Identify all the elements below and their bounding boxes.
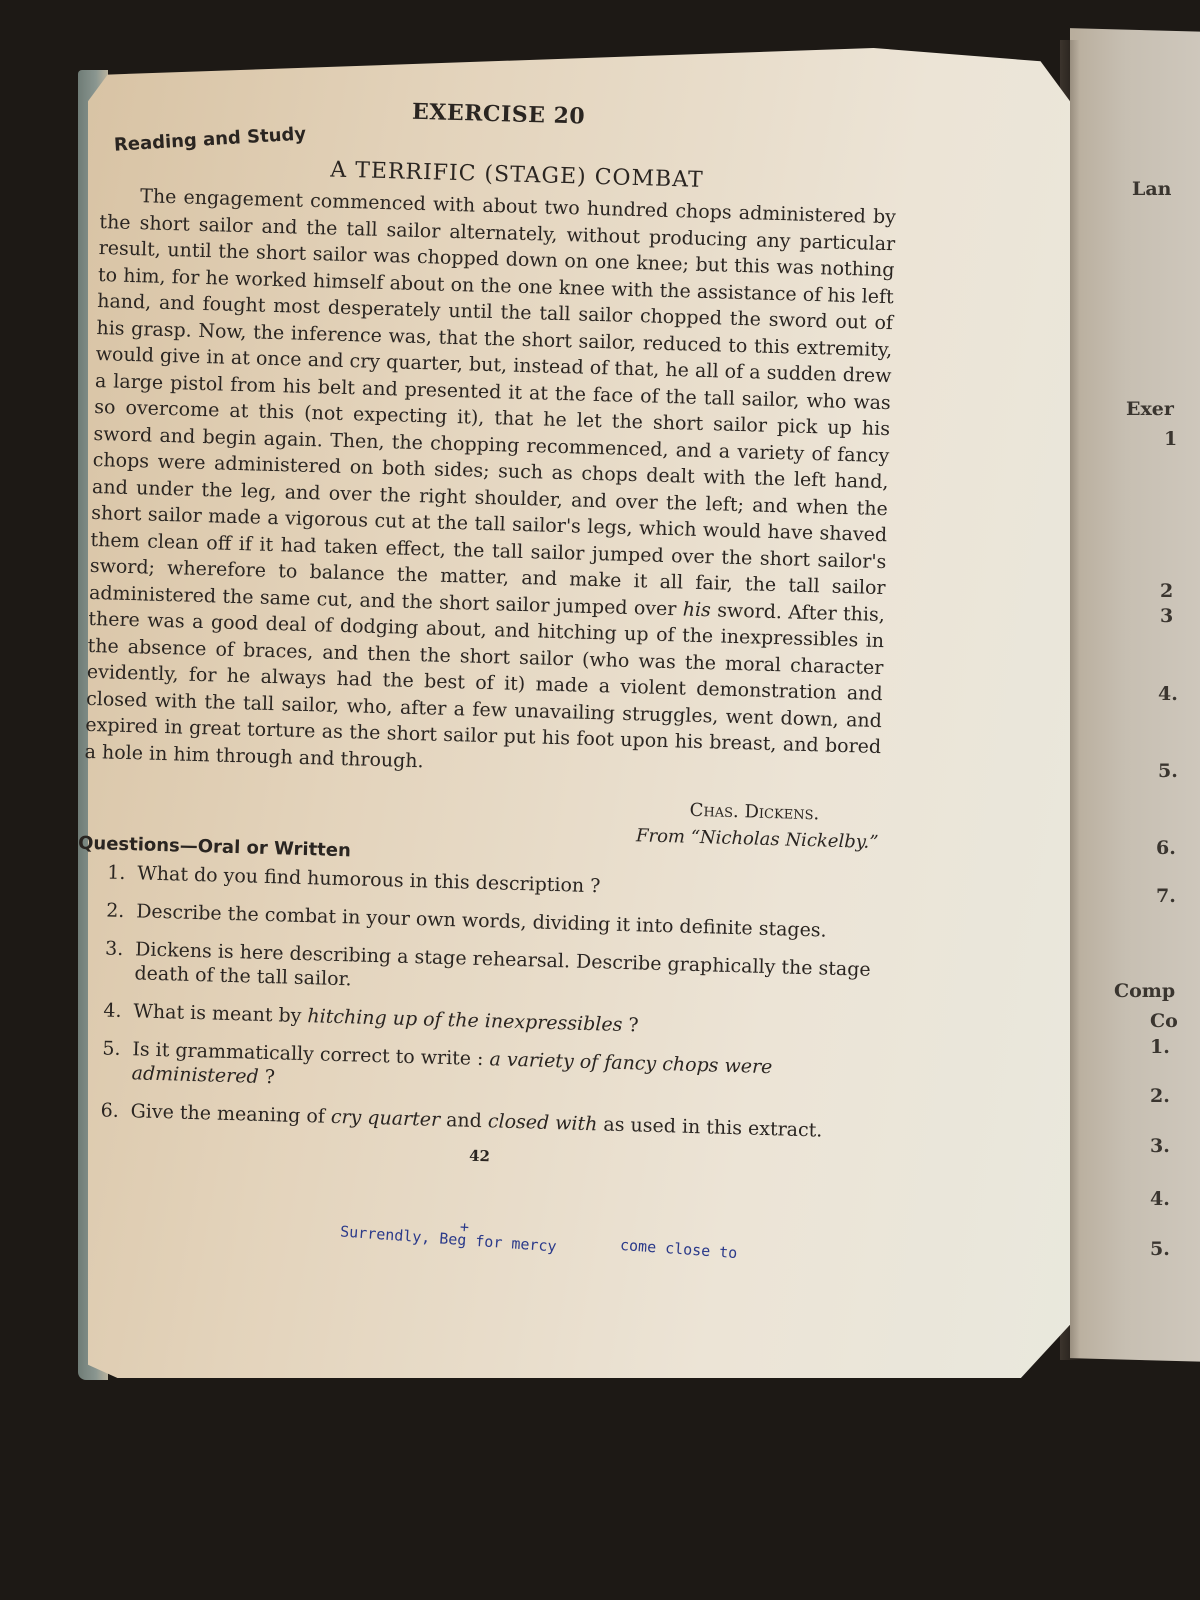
facing-fragment: Comp — [1114, 980, 1175, 1002]
section-label: Reading and Study — [113, 123, 306, 155]
passage-italic: his — [682, 598, 711, 621]
facing-fragment: Exer — [1126, 398, 1174, 420]
questions-list: 1.What do you find humorous in this desc… — [70, 860, 877, 1144]
facing-fragment: 3. — [1150, 1135, 1170, 1157]
question-text: Give the meaning of — [130, 1100, 331, 1128]
facing-fragment: 4. — [1158, 683, 1178, 705]
question-item: 3.Dickens is here describing a stage reh… — [74, 936, 875, 1006]
passage-text: The engagement commenced with about two … — [89, 185, 896, 620]
passage: The engagement commenced with about two … — [84, 182, 896, 787]
question-text: What is meant by — [133, 1000, 308, 1027]
facing-fragment: 5. — [1158, 760, 1178, 782]
facing-fragment: 5. — [1150, 1238, 1170, 1260]
question-item: 6.Give the meaning of cry quarter and cl… — [70, 1098, 870, 1144]
question-item: 2.Describe the combat in your own words,… — [76, 898, 876, 944]
question-text: Dickens is here describing a stage rehea… — [134, 938, 871, 990]
facing-fragment: Lan — [1132, 178, 1171, 200]
facing-fragment: Co — [1150, 1010, 1178, 1032]
question-number: 4. — [103, 998, 134, 1023]
facing-fragment: 3 — [1160, 605, 1173, 627]
question-text: and — [440, 1109, 488, 1132]
facing-fragment: 2 — [1160, 580, 1173, 602]
question-item: 5.Is it grammatically correct to write :… — [71, 1036, 872, 1106]
question-text: ? — [622, 1014, 639, 1036]
question-text: ? — [258, 1066, 275, 1088]
facing-fragment: 7. — [1156, 885, 1176, 907]
question-number: 5. — [102, 1036, 133, 1061]
facing-fragment: 2. — [1150, 1085, 1170, 1107]
question-number: 1. — [107, 861, 138, 886]
question-number: 2. — [106, 899, 137, 924]
page-content: EXERCISE 20 Reading and Study A TERRIFIC… — [69, 60, 899, 1176]
facing-page — [1070, 28, 1200, 1362]
question-number: 3. — [105, 936, 136, 961]
facing-fragment: 6. — [1156, 837, 1176, 859]
question-italic: closed with — [488, 1110, 598, 1135]
question-text: What do you find humorous in this descri… — [137, 862, 601, 897]
question-number: 6. — [100, 1098, 131, 1123]
facing-fragment: 1. — [1150, 1036, 1170, 1058]
facing-fragment: 4. — [1150, 1188, 1170, 1210]
question-item: 4.What is meant by hitching up of the in… — [73, 998, 873, 1044]
question-text: as used in this extract. — [597, 1113, 823, 1141]
passage-text: sword. After this, there was a good deal… — [84, 599, 885, 772]
question-italic: cry quarter — [331, 1106, 441, 1131]
handwritten-mark: + — [459, 1218, 469, 1237]
question-italic: hitching up of the inexpressibles — [307, 1005, 623, 1036]
question-text: Describe the combat in your own words, d… — [136, 900, 827, 941]
facing-fragment: 1 — [1164, 428, 1177, 450]
